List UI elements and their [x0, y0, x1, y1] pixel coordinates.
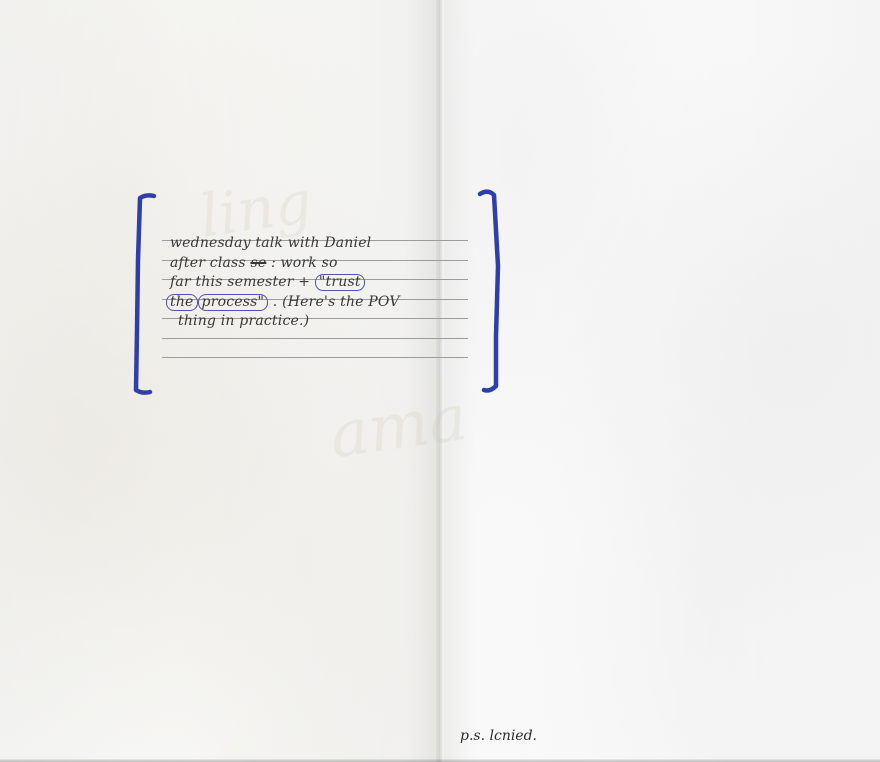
note-line-3: far this semester + "trust [170, 273, 470, 293]
note-text: after class [170, 255, 250, 271]
page-fold [436, 0, 444, 762]
right-bracket-icon [474, 186, 514, 396]
circled-word: the [166, 294, 198, 311]
circled-word: process" [198, 294, 269, 311]
circled-word: "trust [315, 274, 365, 291]
note-line-2: after class se : work so [170, 254, 470, 274]
note-line-4: theprocess" . (Here's the POV [166, 293, 466, 313]
handwritten-note: wednesday talk with Daniel after class s… [170, 234, 470, 332]
note-text: thing in practice.) [178, 313, 309, 329]
card-rule-line [162, 338, 468, 339]
note-line-5: thing in practice.) [178, 312, 478, 332]
note-text: : work so [266, 255, 337, 271]
note-line-1: wednesday talk with Daniel [170, 234, 470, 254]
left-page [0, 0, 440, 762]
ps-note: p.s. lcnied. [460, 728, 537, 744]
note-text: far this semester + [170, 274, 315, 290]
struck-out-text: se [250, 255, 266, 271]
note-text: wednesday talk with Daniel [170, 235, 371, 251]
card-rule-line [162, 357, 468, 358]
note-text: . (Here's the POV [268, 294, 400, 310]
